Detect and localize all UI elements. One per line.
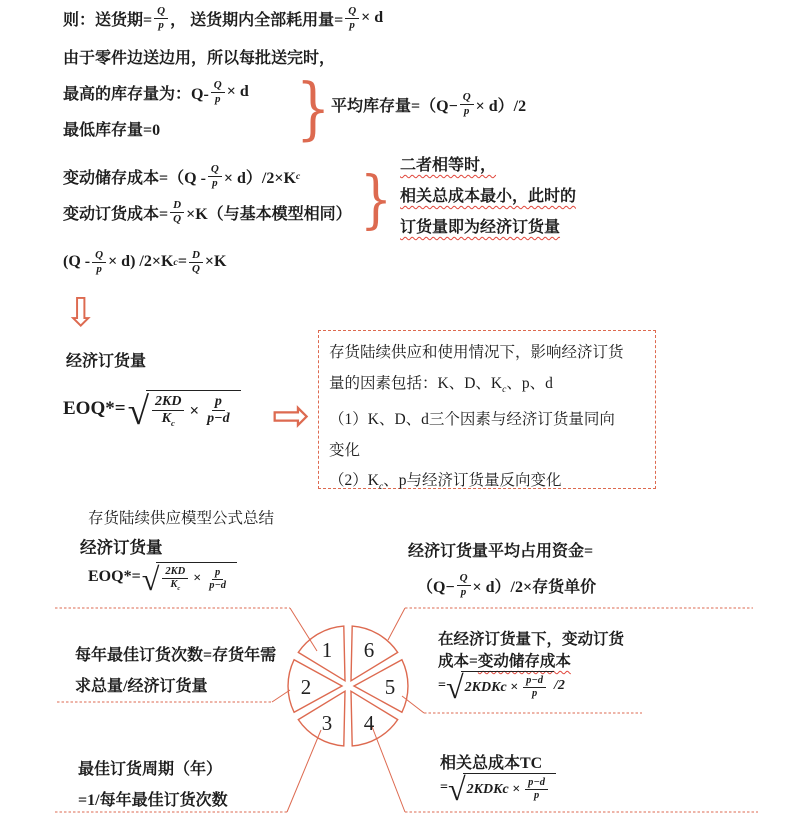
square-root: √ 2KDKc × p−dp [448, 773, 556, 802]
fraction: Qp [457, 572, 471, 598]
text: = [440, 780, 448, 796]
note-line-usage: 由于零件边送边用，所以每批送完时， [63, 45, 335, 68]
pie-slice-4 [351, 691, 398, 746]
note-line-avg-stock: 平均库存量=（Q− Qp × d）/2 [331, 91, 526, 117]
fraction: DQ [170, 199, 184, 225]
annotation-eoq: 订货量即为经济订货量 [400, 214, 560, 237]
text: × d [227, 83, 249, 101]
fraction: pp−d [204, 394, 232, 427]
slice-number: 2 [301, 675, 312, 699]
text: × d）/2×存货单价 [473, 574, 597, 597]
square-root: √ 2KDKc × pp−d [128, 390, 241, 428]
down-arrow-icon: ⇩ [64, 293, 98, 333]
box-line: 量的因素包括：K、D、Kc、p、d [329, 369, 645, 406]
curly-brace-icon: } [296, 70, 330, 148]
fraction: p−dp [525, 777, 548, 802]
capital-formula: （Q− Qp × d）/2×存货单价 [417, 572, 596, 598]
pie-slice-5 [354, 660, 408, 713]
fraction: pp−d [206, 567, 229, 592]
formula-lhs: EOQ*= [88, 568, 141, 586]
subscript: c [296, 171, 300, 182]
note-line-delivery: 则：送货期= Qp ， 送货期内全部耗用量= Qp × d [63, 5, 383, 31]
slice-number: 5 [385, 675, 396, 699]
square-root: √ 2KDKc × p−dp [446, 671, 554, 700]
orders-line-2: 求总量/经济订货量 [75, 673, 207, 696]
fraction: Qp [460, 91, 474, 117]
radicand: 2KDKc × pp−d [146, 390, 241, 428]
document-page: 1 2 3 4 5 6 则：送货期= Qp ， 送货期内全部耗用量= Qp × … [0, 0, 791, 823]
square-root: √ 2KDKc × pp−d [142, 562, 237, 593]
text: 变动订货成本= [63, 201, 168, 224]
summary-title: 存货陆续供应模型公式总结 [88, 506, 274, 528]
line-storage-cost: 变动储存成本=（Q - Qp × d）/2×Kc [63, 163, 300, 189]
slice-number: 4 [364, 711, 375, 735]
times-sign: × [193, 571, 201, 587]
tc-formula: = √ 2KDKc × p−dp [440, 773, 556, 802]
slice-number: 6 [364, 638, 375, 662]
text: = [178, 253, 187, 271]
text: ×K [205, 253, 227, 271]
summary-eoq-heading: 经济订货量 [80, 534, 163, 558]
radicand: 2KDKc × pp−d [156, 562, 237, 593]
text: × d [361, 9, 383, 27]
box-line: 变化 [329, 436, 645, 467]
text: × d) /2×K [108, 253, 173, 271]
fraction: Qp [211, 79, 225, 105]
line-equality: (Q - Qp × d) /2×Kc = DQ ×K [63, 249, 226, 275]
box-line: 存货陆续供应和使用情况下，影响经济订货 [329, 338, 645, 369]
text: （Q− [417, 574, 455, 597]
varcost-line-2: 成本=变动储存成本 [438, 649, 571, 671]
text: 则：送货期= [63, 7, 152, 30]
callout-connector [272, 690, 290, 702]
pie-slice-2 [288, 660, 342, 713]
note-line-min-stock: 最低库存量=0 [63, 117, 160, 140]
callout-connector [388, 608, 405, 640]
formula-lhs: EOQ*= [63, 398, 126, 420]
box-line: （1）K、D、d三个因素与经济订货量同向 [329, 405, 645, 436]
capital-label: 经济订货量平均占用资金= [408, 538, 593, 561]
slice-number: 1 [322, 638, 333, 662]
annotation-equal: 二者相等时， [400, 152, 496, 175]
varcost-line-1: 在经济订货量下，变动订货 [438, 627, 624, 649]
text: /2 [554, 678, 565, 694]
right-arrow-icon: ⇨ [272, 392, 311, 438]
varcost-formula: = √ 2KDKc × p−dp /2 [438, 671, 565, 700]
text: ， 送货期内全部耗用量= [170, 7, 343, 30]
box-line: （2）Kc、p与经济订货量反向变化 [329, 466, 645, 503]
fraction: Qp [154, 5, 168, 31]
callout-connector [287, 730, 321, 812]
text: × d）/2 [476, 93, 526, 116]
radicand: 2KDKc × p−dp [461, 671, 554, 700]
fraction: Qp [208, 163, 222, 189]
tc-label: 相关总成本TC [440, 750, 542, 773]
text: 变动储存成本=（Q - [63, 165, 206, 188]
text: × d）/2×K [224, 165, 296, 188]
text: = [438, 678, 446, 694]
times-sign: × [189, 401, 199, 421]
summary-eoq-formula: EOQ*= √ 2KDKc × pp−d [88, 562, 237, 593]
callout-connector [290, 608, 317, 651]
fraction: Qp [345, 5, 359, 31]
cycle-line-1: 最佳订货周期（年） [78, 756, 222, 779]
fraction: 2KDKc [152, 394, 184, 428]
orders-line-1: 每年最佳订货次数=存货年需 [75, 642, 276, 665]
callout-connector [371, 724, 405, 812]
eoq-formula: EOQ*= √ 2KDKc × pp−d [63, 390, 241, 428]
text: 最高的库存量为：Q- [63, 81, 209, 104]
eoq-label: 经济订货量 [66, 348, 146, 371]
line-order-cost: 变动订货成本= DQ ×K（与基本模型相同） [63, 199, 352, 225]
text: (Q - [63, 253, 90, 271]
text: ×K（与基本模型相同） [186, 201, 352, 224]
curly-brace-icon: } [360, 164, 392, 237]
fraction: 2KDKc [162, 566, 188, 593]
fraction: Qp [92, 249, 106, 275]
annotation-box: 存货陆续供应和使用情况下，影响经济订货 量的因素包括：K、D、Kc、p、d （1… [318, 330, 656, 489]
fraction: DQ [189, 249, 203, 275]
radicand: 2KDKc × p−dp [463, 773, 556, 802]
annotation-min-cost: 相关总成本最小，此时的 [400, 183, 576, 206]
cycle-line-2: =1/每年最佳订货次数 [78, 787, 228, 810]
slice-number: 3 [322, 711, 333, 735]
fraction: p−dp [523, 675, 546, 700]
note-line-max-stock: 最高的库存量为：Q- Qp × d [63, 79, 249, 105]
text: 平均库存量=（Q− [331, 93, 458, 116]
